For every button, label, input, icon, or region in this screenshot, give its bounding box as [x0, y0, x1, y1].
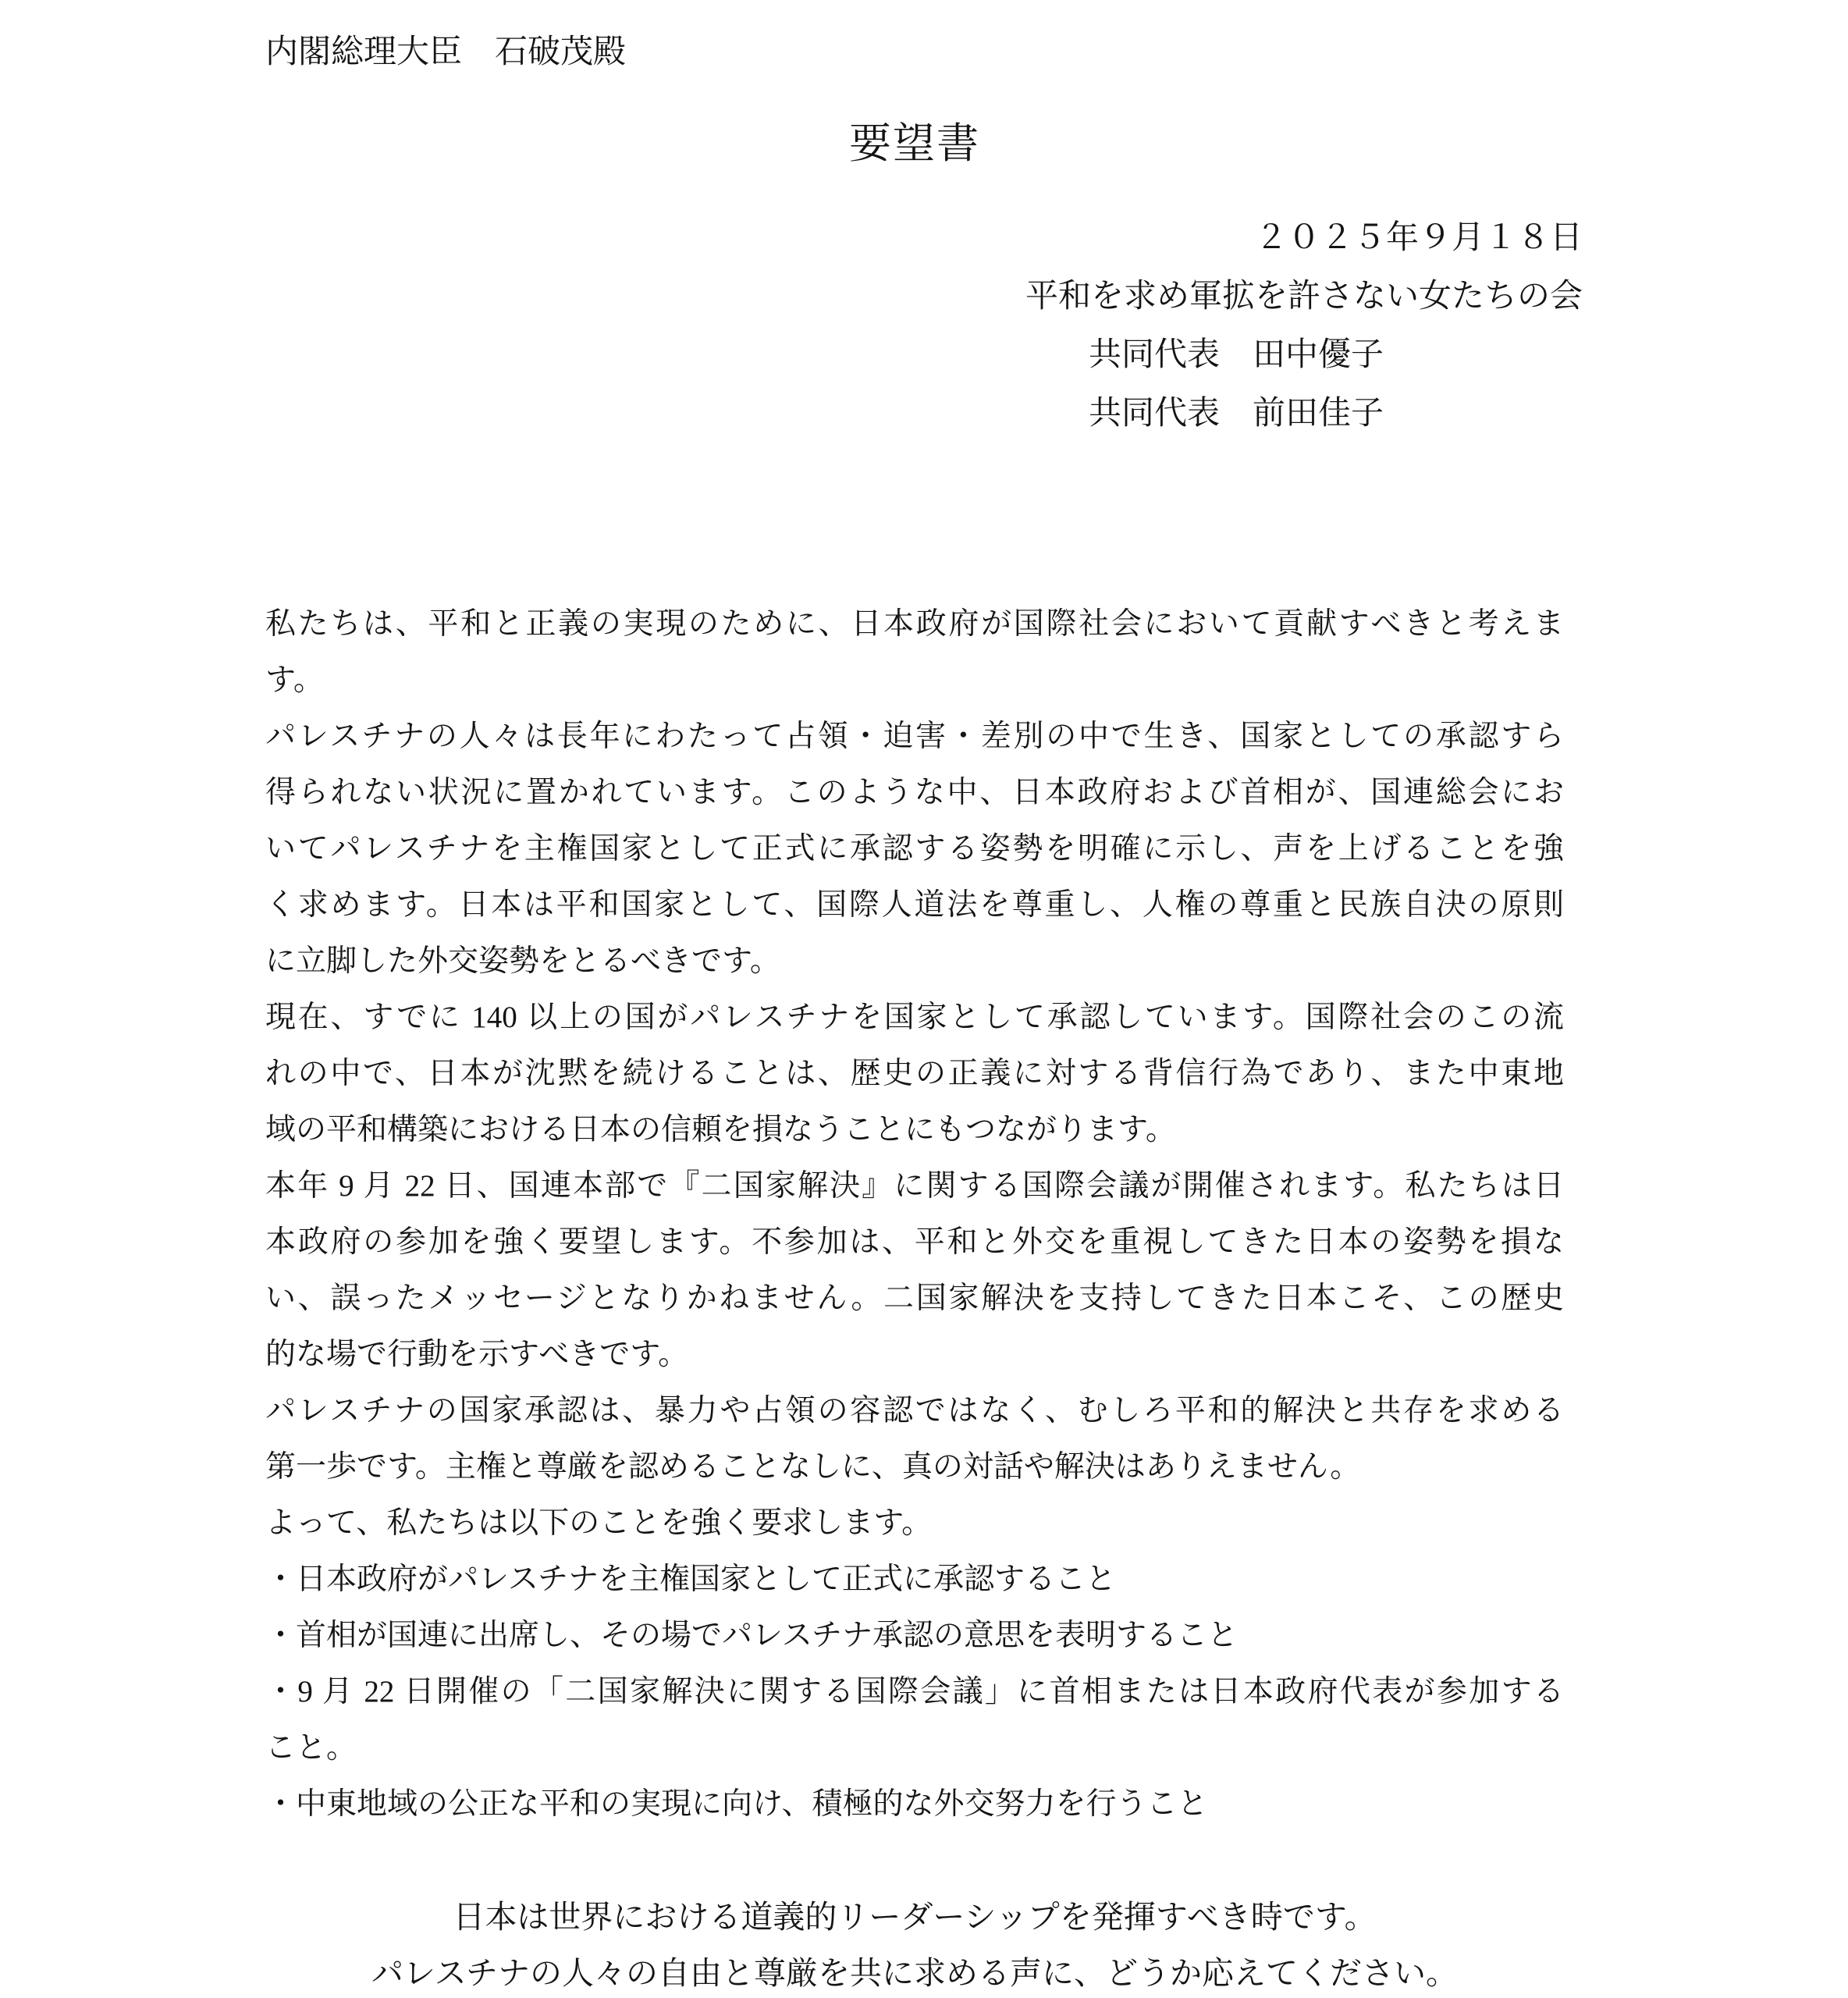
body-line: 私たちは、平和と正義の実現のために、日本政府が国際社会において貢献すべきと考えま	[265, 596, 1564, 652]
request-item: ・中東地域の公正な平和の実現に向け、積極的な外交努力を行うこと	[265, 1776, 1564, 1833]
body-line: 現在、すでに 140 以上の国がパレスチナを国家として承認しています。国際社会の…	[265, 990, 1564, 1046]
body-line: く求めます。日本は平和国家として、国際人道法を尊重し、人権の尊重と民族自決の原則	[265, 877, 1564, 933]
body-line: い、誤ったメッセージとなりかねません。二国家解決を支持してきた日本こそ、この歴史	[265, 1271, 1564, 1327]
closing-line: 日本は世界における道義的リーダーシップを発揮すべき時です。	[265, 1889, 1564, 1945]
body-line: よって、私たちは以下のことを強く要求します。	[265, 1495, 1564, 1552]
body-line: 的な場で行動を示すべきです。	[265, 1327, 1564, 1383]
body-line: パレスチナの国家承認は、暴力や占領の容認ではなく、むしろ平和的解決と共存を求める	[265, 1383, 1564, 1439]
closing-line: パレスチナの人々の自由と尊厳を共に求める声に、どうか応えてください。	[265, 1945, 1564, 1998]
body-line: パレスチナの人々は長年にわたって占領・迫害・差別の中で生き、国家としての承認すら	[265, 709, 1564, 765]
document-page: 内閣総理大臣 石破茂殿 要望書 ２０２５年９月１８日 平和を求め軍拡を許さない女…	[0, 0, 1848, 1998]
body-line: す。	[265, 652, 1564, 709]
request-item: ・首相が国連に出席し、その場でパレスチナ承認の意思を表明すること	[265, 1608, 1564, 1664]
representative-line: 共同代表 田中優子	[265, 326, 1583, 385]
request-item-continuation: こと。	[265, 1720, 1564, 1776]
request-item: ・日本政府がパレスチナを主権国家として正式に承認すること	[265, 1552, 1564, 1608]
body-line: れの中で、日本が沈黙を続けることは、歴史の正義に対する背信行為であり、また中東地	[265, 1046, 1564, 1102]
body-line: に立脚した外交姿勢をとるべきです。	[265, 933, 1564, 990]
organization-name: 平和を求め軍拡を許さない女たちの会	[265, 268, 1583, 326]
body-line: 域の平和構築における日本の信頼を損なうことにもつながります。	[265, 1102, 1564, 1158]
addressee-line: 内閣総理大臣 石破茂殿	[265, 28, 626, 76]
body-line: いてパレスチナを主権国家として正式に承認する姿勢を明確に示し、声を上げることを強	[265, 821, 1564, 877]
document-title: 要望書	[265, 114, 1564, 173]
date-line: ２０２５年９月１８日	[265, 209, 1583, 268]
body-line: 得られない状況に置かれています。このような中、日本政府および首相が、国連総会にお	[265, 765, 1564, 821]
request-item: ・9 月 22 日開催の「二国家解決に関する国際会議」に首相または日本政府代表が…	[265, 1664, 1564, 1720]
body-text: 私たちは、平和と正義の実現のために、日本政府が国際社会において貢献すべきと考えま…	[265, 596, 1564, 1833]
body-line: 本政府の参加を強く要望します。不参加は、平和と外交を重視してきた日本の姿勢を損な	[265, 1214, 1564, 1271]
body-line: 第一歩です。主権と尊厳を認めることなしに、真の対話や解決はありえません。	[265, 1439, 1564, 1495]
representative-line: 共同代表 前田佳子	[265, 385, 1583, 443]
signature-block: ２０２５年９月１８日 平和を求め軍拡を許さない女たちの会 共同代表 田中優子 共…	[265, 209, 1583, 443]
body-line: 本年 9 月 22 日、国連本部で『二国家解決』に関する国際会議が開催されます。…	[265, 1158, 1564, 1214]
closing-block: 日本は世界における道義的リーダーシップを発揮すべき時です。 パレスチナの人々の自…	[265, 1889, 1564, 1998]
